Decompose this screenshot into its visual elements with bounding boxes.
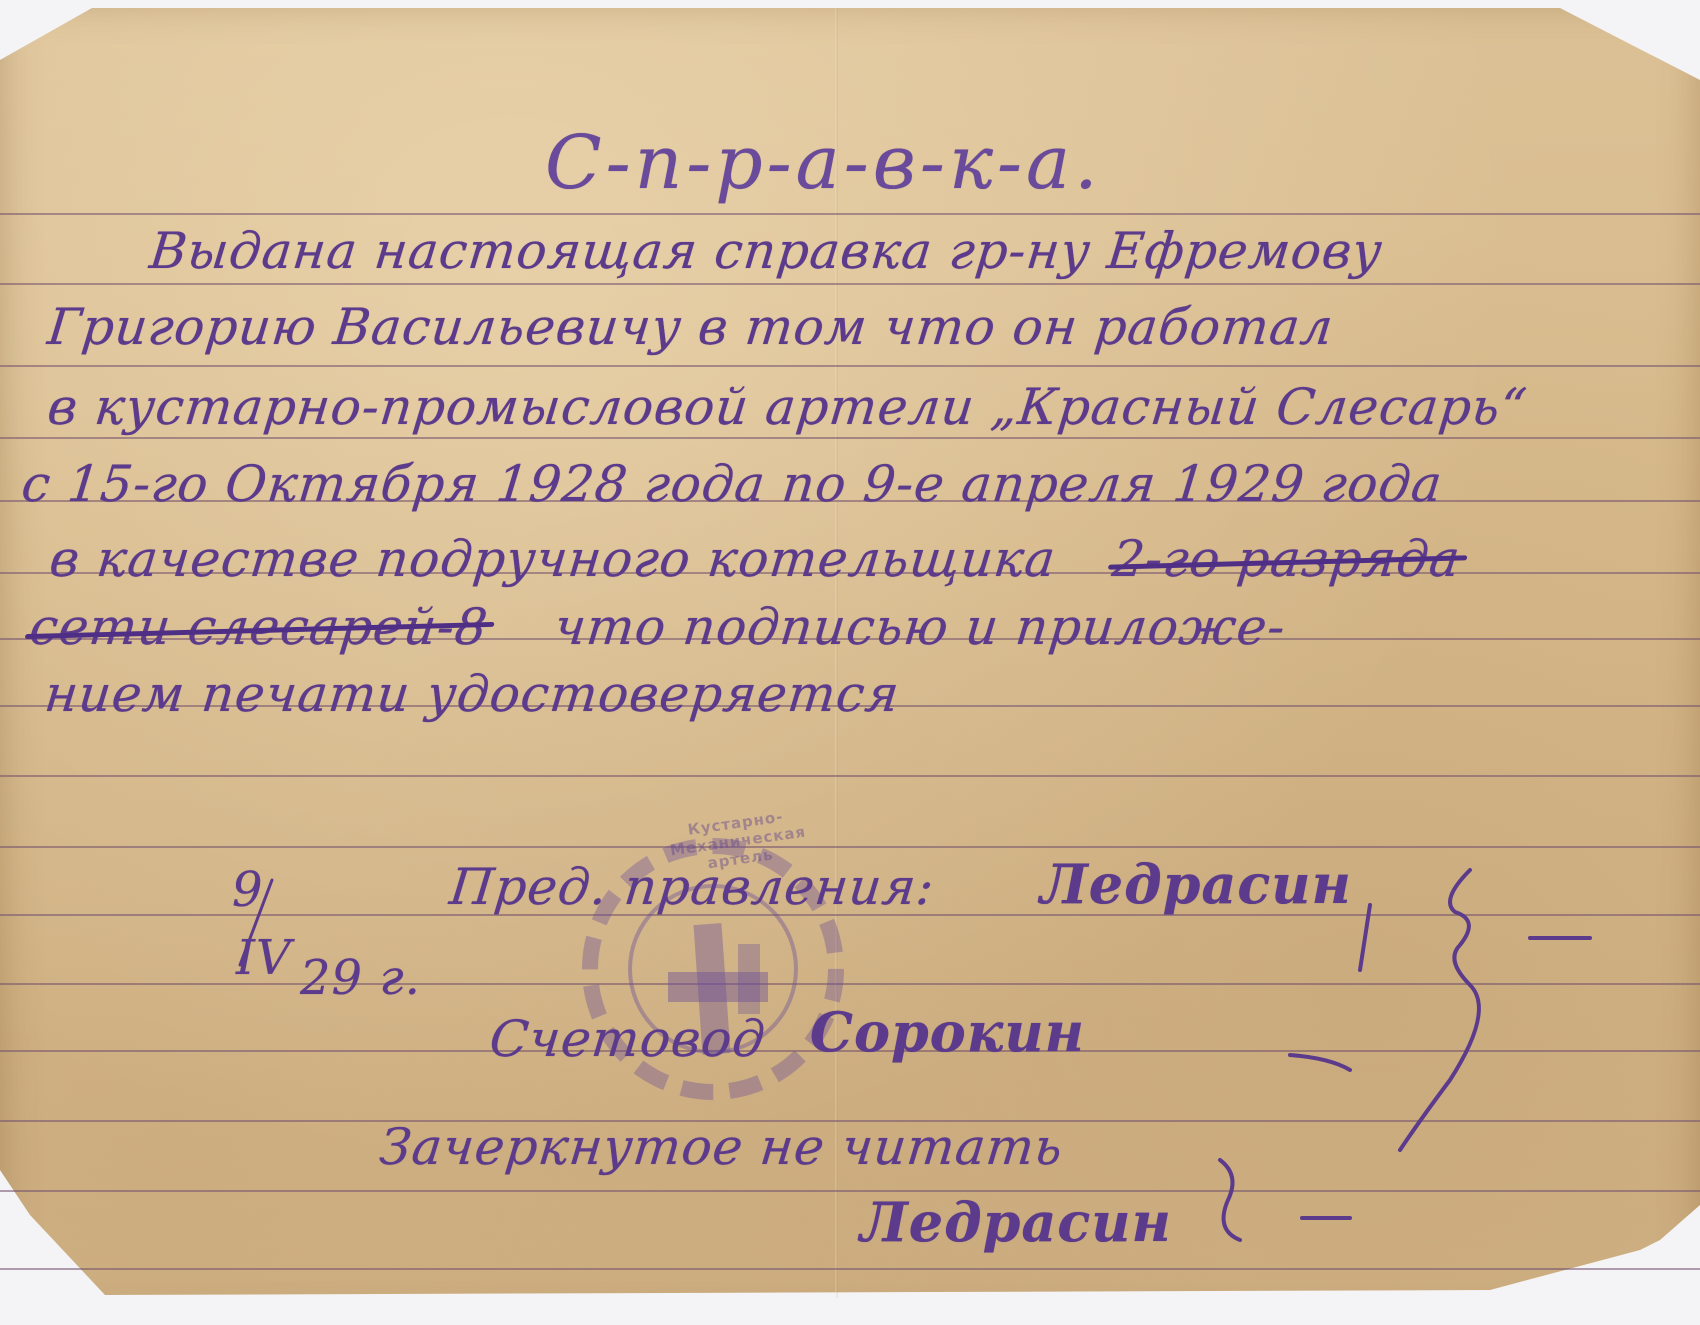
correction-note: Зачеркнутое не читать bbox=[377, 1118, 1066, 1176]
body-line-4: с 15-го Октября 1928 года по 9-е апреля … bbox=[19, 455, 1445, 513]
body-line-2: Григорию Васильевичу в том что он работа… bbox=[45, 298, 1336, 356]
body-line-5: в качестве подручного котельщика 2-го ра… bbox=[47, 530, 1463, 588]
body-line-1: Выдана настоящая справка гр-ну Ефремову bbox=[147, 222, 1386, 280]
date-year: 29 г. bbox=[300, 950, 421, 1006]
ruled-line bbox=[0, 213, 1700, 215]
document-title: С-п-р-а-в-к-а. bbox=[545, 120, 1102, 206]
ruled-line bbox=[0, 365, 1700, 367]
body-line-6: сети слесарей-8 что подписью и приложе- bbox=[27, 598, 1289, 656]
date-month: IV bbox=[236, 930, 292, 986]
stamp-emblem-icon bbox=[738, 944, 760, 1014]
correction-signature: Ледрасин bbox=[860, 1190, 1172, 1254]
accountant-label: Счетовод bbox=[487, 1010, 768, 1068]
struck-through-text: 2-го разряда bbox=[1110, 530, 1464, 588]
body-line-7: нием печати удостоверяется bbox=[42, 665, 903, 723]
ruled-line bbox=[0, 1190, 1700, 1192]
chairman-label: Пред. правления: bbox=[447, 858, 937, 916]
body-line-6-text: что подписью и приложе- bbox=[552, 598, 1289, 656]
ruled-line bbox=[0, 437, 1700, 439]
body-line-5-text: в качестве подручного котельщика bbox=[47, 530, 1059, 588]
ruled-line bbox=[0, 1268, 1700, 1270]
scanned-document-page: Кустарно-Механическая артель С-п-р-а-в-к… bbox=[0, 0, 1700, 1325]
date-day: 9 bbox=[232, 862, 264, 918]
struck-through-text: сети слесарей-8 bbox=[27, 598, 491, 656]
body-line-3: в кустарно-промысловой артели „Красный С… bbox=[45, 378, 1530, 436]
accountant-signature: Сорокин bbox=[810, 1000, 1085, 1064]
chairman-signature: Ледрасин bbox=[1040, 852, 1352, 916]
ruled-line bbox=[0, 283, 1700, 285]
ruled-line bbox=[0, 846, 1700, 848]
ruled-line bbox=[0, 775, 1700, 777]
